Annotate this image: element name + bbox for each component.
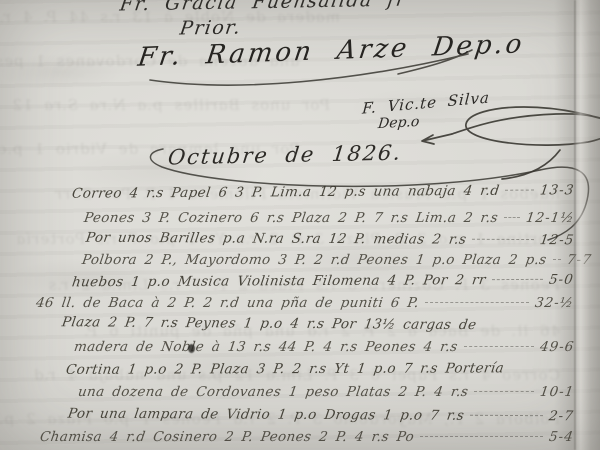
ledger-entry: Chamisa 4 r.d Cosinero 2 P. Peones 2 P. …: [40, 429, 574, 445]
bleedthrough-text: Por unos Barilles p.a N.ra S.ra 12 P. me…: [0, 96, 331, 114]
month-header: Octubre de 1826.: [167, 141, 404, 170]
ledger-entry: 46 ll. de Baca à 2 P. 2 r.d una pña de p…: [36, 295, 574, 311]
entry-text: Por una lampara de Vidrio 1 p.o Drogas 1…: [67, 406, 466, 424]
entry-text: Chamisa 4 r.d Cosinero 2 P. Peones 2 P. …: [39, 429, 415, 445]
entry-amount: 2-7: [548, 408, 575, 424]
signature-fuensalida: Fr. Gracia Fuensalida fr: [118, 0, 408, 16]
leader-dashes: [553, 259, 561, 260]
entry-text: huebos 1 p.o Musica Violinista Filomena …: [71, 272, 487, 290]
ledger-entry: Polbora 2 P., Mayordomo 3 P. 2 r.d Peone…: [82, 252, 574, 268]
entry-text: Peones 3 P. Cozinero 6 r.s Plaza 2 P. 7 …: [83, 210, 499, 226]
entry-amount: 12-5: [538, 232, 575, 248]
ink-blot: [188, 344, 195, 353]
leader-dashes: [505, 190, 533, 191]
ledger-entry: Peones 3 P. Cozinero 6 r.s Plaza 2 P. 7 …: [84, 210, 574, 226]
entry-text: Plaza 2 P. 7 r.s Peynes 1 p.o 4 r.s Por …: [61, 314, 478, 333]
entry-text: Correo 4 r.s Papel 6 3 P. Lim.a 12 p.s u…: [71, 183, 501, 202]
signature-vicente-silva: F. Vic.te Silva: [362, 88, 491, 117]
entry-amount: 32-½: [534, 295, 575, 311]
entry-amount: 5-0: [548, 272, 575, 288]
entry-amount: 5-4: [548, 429, 575, 445]
ledger-entry: Plaza 2 P. 7 r.s Peynes 1 p.o 4 r.s Por …: [62, 314, 574, 334]
entry-amount: 7-7: [565, 252, 592, 268]
ledger-entry: Cortina 1 p.o 2 P. Plaza 3 P. 2 r.s Yt 1…: [66, 360, 574, 378]
page-edge-crease: [574, 0, 576, 450]
ledger-entry: Por una lampara de Vidrio 1 p.o Drogas 1…: [68, 406, 574, 425]
entry-amount: 10-1: [539, 384, 576, 400]
entry-text: Polbora 2 P., Mayordomo 3 P. 2 r.d Peone…: [81, 252, 548, 268]
deputy-label: Dep.o: [377, 114, 420, 132]
entry-text: Cortina 1 p.o 2 P. Plaza 3 P. 2 r.s Yt 1…: [65, 360, 505, 378]
entry-text: una dozena de Cordovanes 1 peso Platas 2…: [77, 384, 470, 400]
rubric-flourish: [422, 107, 600, 179]
ledger-entry: huebos 1 p.o Musica Violinista Filomena …: [72, 272, 574, 291]
leader-dashes: [470, 415, 543, 416]
leader-dashes: [504, 217, 520, 218]
prior-label: Prior.: [178, 16, 243, 39]
ledger-entry: Correo 4 r.s Papel 6 3 P. Lim.a 12 p.s u…: [72, 182, 574, 202]
entry-text: 46 ll. de Baca à 2 P. 2 r.d una pña de p…: [35, 295, 420, 311]
leader-dashes: [474, 391, 533, 392]
entry-amount: 13-3: [539, 182, 575, 198]
leader-dashes: [420, 436, 543, 437]
ledger-entry: Por unos Barilles p.a N.ra S.ra 12 P. me…: [86, 230, 574, 249]
ledger-entry: una dozena de Cordovanes 1 peso Platas 2…: [78, 384, 574, 400]
entry-amount: 49-6: [539, 339, 576, 355]
ledger-entry: madera de Noble à 13 r.s 44 P. 4 r.s Peo…: [74, 339, 574, 355]
entry-text: Por unos Barilles p.a N.ra S.ra 12 P. me…: [85, 230, 468, 248]
leader-dashes: [472, 239, 533, 240]
leader-dashes: [492, 279, 544, 280]
leader-dashes: [425, 302, 529, 303]
entry-text: madera de Noble à 13 r.s 44 P. 4 r.s Peo…: [73, 339, 459, 355]
leader-dashes: [464, 346, 534, 347]
entry-amount: 12-1½: [524, 210, 575, 226]
manuscript-page: madera de Noble à 13 r.s 44 P. 4 r.s Peo…: [0, 0, 600, 450]
